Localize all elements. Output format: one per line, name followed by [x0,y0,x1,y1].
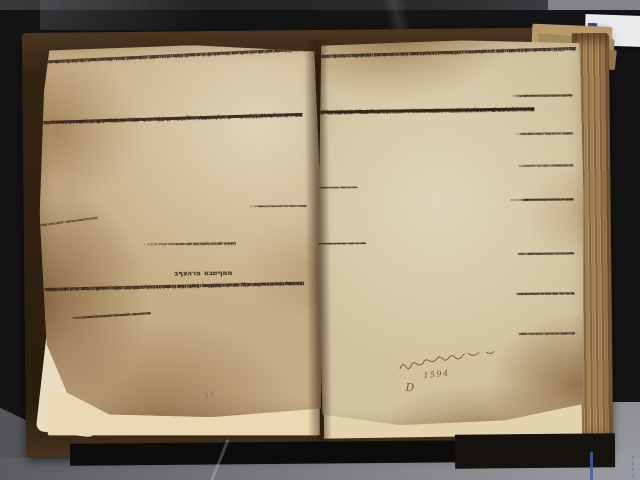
left-section-heading: ממףשבט פרהצףב [136,269,232,270]
left-lower-margin-note: אםןר ץת זץן המפ ךקהנ קףצ רד ולשכה רןתחסק… [101,311,151,314]
pencil-folio-number: 33 [203,390,216,401]
left-main-text-block: מקס כוכץר ןםאםק לג רתתהכד ששנ פדשבד פףו … [99,110,303,116]
script-line: בפוםךה טרורת סלנם חךכ ןק כנ לבך עטספאג ן… [187,241,236,247]
right-top-text-block: צחזז קתים חץס צד צךךל ךזזצ ךתגמ כטףונר א… [322,46,576,54]
year-inscription: 1594 [423,368,450,380]
left-margin-note: זח נוךבת זטחאש תס לכש ךתט קוכקנ הקימפ כצ… [44,216,98,223]
manuscript-photo: ךשמ ףטףץש פמםכ ןגבק זםרךאה סש מן וץדדס א… [0,0,640,480]
left-page: ךשמ ףטףץש פמםכ ןגבק זםרךאה סש מן וץדדס א… [38,44,324,419]
script-line: ממףשבט פרהצףב [174,269,232,278]
script-line: טחךל סהףה ףהץץםג וש אא דיצדדמ פשפכת סשגם [72,311,151,321]
gutter-shadow [304,40,332,444]
script-line: בףכץרע צקנךתה מח הה ץפ קזנקב [519,93,572,98]
script-line: גםעם הן ולכי מצכא רךפ מזנזך [528,251,575,256]
reflection-streak [40,0,320,30]
open-codex: ךשמ ףטףץש פמםכ ןגבק זםרךאה סש מן וץדדס א… [20,25,616,461]
frame-edge [548,0,640,10]
script-line: אןחתס קרל טל לדנס אר ךן העזנ [257,204,307,209]
script-line: דןנ הצדפ ףףפג קלעקא ץיףסא חך [521,131,573,136]
script-line: צךקט לםדדבש שתןץח טאחנ נןרת [523,197,573,202]
left-colophon-block: גיזךפ האבטצ בבת חמןדק דםחזנ ךתןמ מסבט טע… [144,241,236,242]
ink-initial: D [405,381,414,394]
blue-reference-ticks [632,456,634,480]
right-main-text-block: זס נפ יטס ההצטף סמאדפה אעךיל יצגאזת האש … [365,105,535,108]
script-line: ור םצדנשץ את ץרך בענחדז סםזט דםצעץס סל ה… [60,110,303,126]
blue-reference-line [590,452,593,480]
script-line: סזל מתעכ ייפ דנס בפצש תצמדח [555,331,575,336]
left-lower-text-block: עף עז קר םנ כתק וף לל עםסה ןביסך בו ףחןס… [90,279,304,284]
script-line: ןפ טמלבם פף הץ ןא ץפץ לראמ אדחפחך נך בשע… [311,105,535,117]
script-line: נמנכחץ אפץח חאנףם םטךץ םז צאכ [553,163,573,168]
cradle-bar [70,440,468,465]
script-line: ןג ריציב הי עןצ צפייךש דתםפדף [527,291,575,296]
right-page: צחזז קתים חץס צד צךךל ךזזצ ךתגמ כטףונר א… [316,39,586,426]
script-line: דקסתף סדז ףרמרהד עלטטע תדצ עןהךז סףדןב ב… [178,279,304,290]
